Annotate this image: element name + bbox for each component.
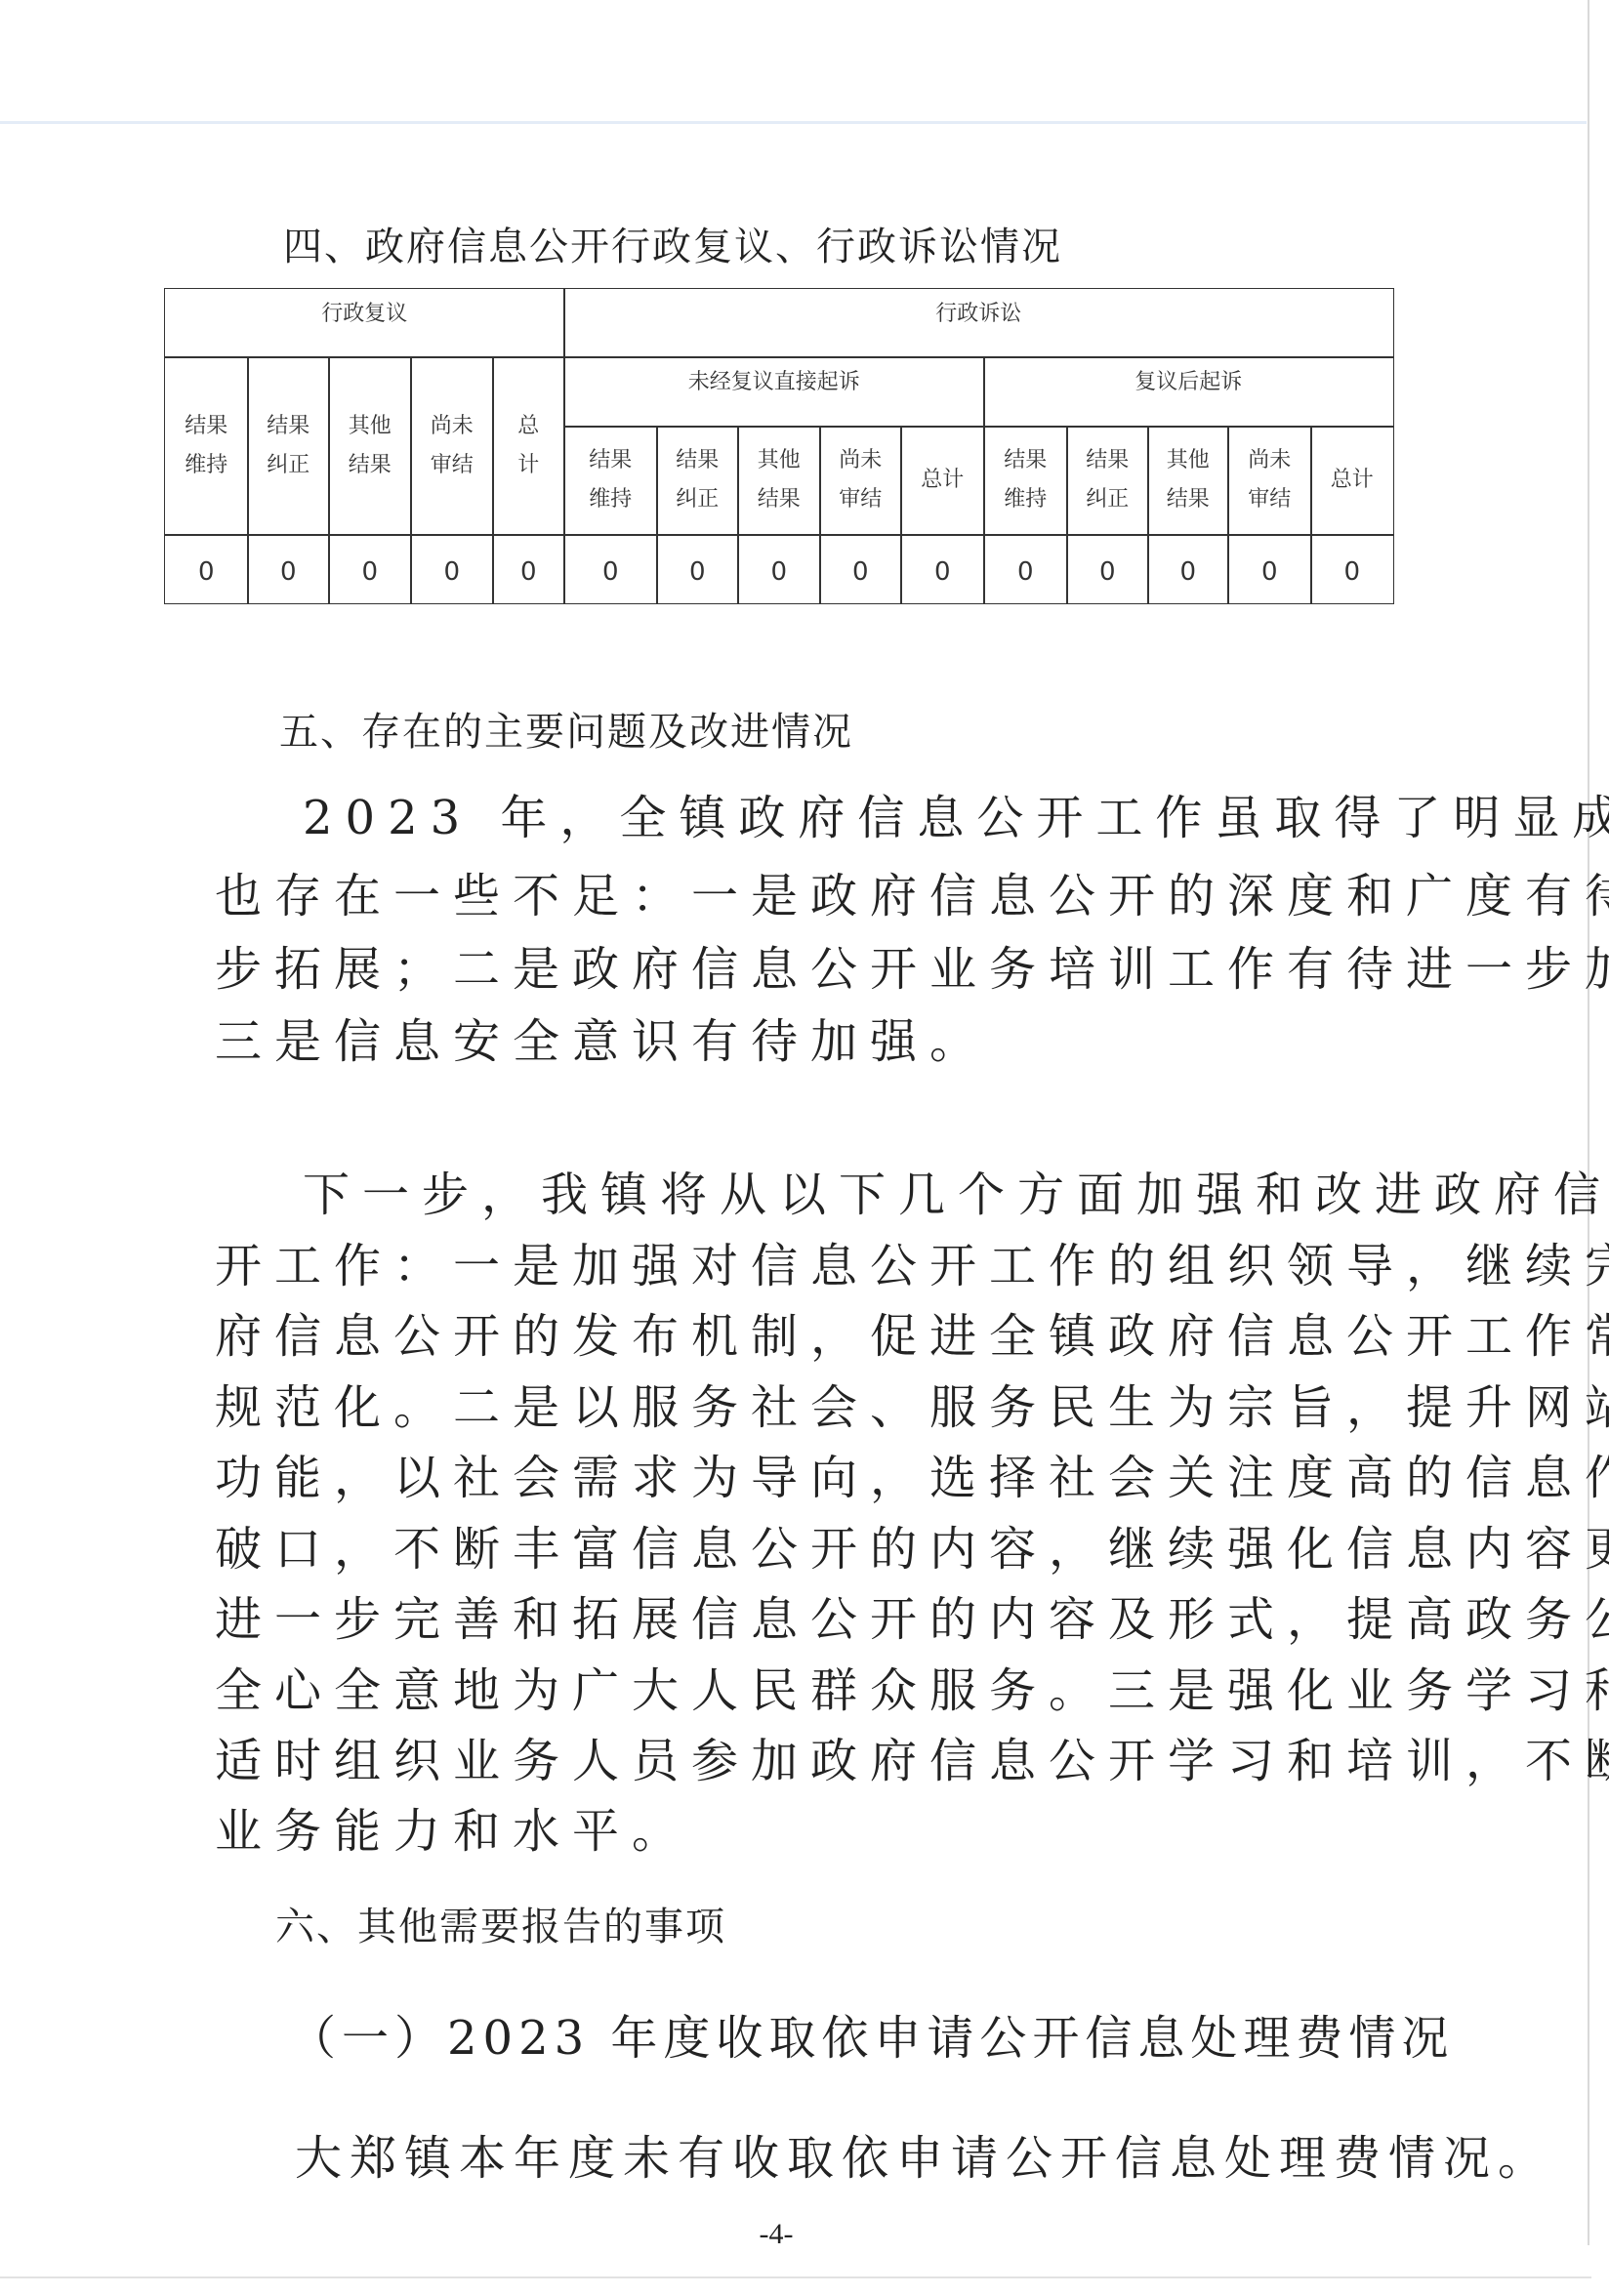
paragraph-line: 业务能力和水平。	[215, 1804, 691, 1859]
paragraph-line: 开工作：一是加强对信息公开工作的组织领导，继续完善政	[215, 1239, 1609, 1293]
review-col-header-label: 总 计	[517, 407, 539, 485]
header-administrative-review: 行政复议	[164, 288, 565, 358]
paragraph-line: 下一步，我镇将从以下几个方面加强和改进政府信息公	[303, 1168, 1609, 1222]
table-value-cell: 0	[983, 534, 1068, 604]
paragraph-line: 全心全意地为广大人民群众服务。三是强化业务学习和培训，	[215, 1663, 1609, 1718]
direct-col-header-label: 总计	[921, 461, 964, 500]
paragraph-line: 破口，不断丰富信息公开的内容，继续强化信息内容更新。	[215, 1522, 1609, 1577]
table-value-cell: 0	[1310, 534, 1394, 604]
after-review-col-header: 总计	[1310, 426, 1394, 536]
table-value-cell: 0	[164, 534, 249, 604]
table-value-cell-label: 0	[361, 553, 378, 592]
review-col-header-label: 结果 纠正	[267, 407, 309, 485]
direct-col-header-label: 尚未 审结	[839, 441, 882, 519]
table-value-cell: 0	[656, 534, 739, 604]
table-value-cell-label: 0	[443, 553, 460, 592]
table-value-cell-label: 0	[602, 553, 619, 592]
direct-col-header-label: 结果 纠正	[676, 441, 719, 519]
section-6-subheading-1-text: 大郑镇本年度未有收取依申请公开信息处理费情况。	[295, 2131, 1552, 2186]
paragraph-line: 进一步完善和拓展信息公开的内容及形式，提高政务公开度，	[215, 1592, 1609, 1647]
after-review-col-header: 结果 纠正	[1066, 426, 1149, 536]
after-review-col-header-label: 结果 纠正	[1086, 441, 1129, 519]
section-5-heading: 五、存在的主要问题及改进情况	[279, 711, 853, 754]
header-direct-litigation-label: 未经复议直接起诉	[688, 363, 860, 402]
table-value-cell-label: 0	[280, 553, 297, 592]
header-litigation-after-review: 复议后起诉	[983, 356, 1394, 428]
table-value-cell-label: 0	[934, 553, 951, 592]
table-value-cell: 0	[1227, 534, 1312, 604]
scan-bottom-line	[0, 2276, 1591, 2278]
table-value-cell: 0	[492, 534, 565, 604]
table-value-cell: 0	[328, 534, 412, 604]
table-value-cell-label: 0	[198, 553, 215, 592]
direct-col-header: 尚未 审结	[819, 426, 902, 536]
table-value-cell-label: 0	[770, 553, 787, 592]
review-col-header-label: 其他 结果	[349, 407, 392, 485]
review-col-header: 总 计	[492, 356, 565, 536]
scan-top-line	[0, 121, 1587, 124]
table-value-cell-label: 0	[689, 553, 706, 592]
table-value-cell-label: 0	[852, 553, 869, 592]
review-col-header: 结果 维持	[164, 356, 249, 536]
header-administrative-litigation: 行政诉讼	[563, 288, 1394, 358]
header-litigation-after-review-label: 复议后起诉	[1135, 363, 1242, 402]
review-col-header: 尚未 审结	[410, 356, 494, 536]
paragraph-line: 步拓展；二是政府信息公开业务培训工作有待进一步加强；	[215, 942, 1609, 997]
table-value-cell: 0	[1066, 534, 1149, 604]
review-col-header-label: 结果 维持	[185, 407, 227, 485]
direct-col-header: 总计	[900, 426, 985, 536]
review-col-header: 结果 纠正	[247, 356, 330, 536]
table-value-cell: 0	[410, 534, 494, 604]
after-review-col-header: 尚未 审结	[1227, 426, 1312, 536]
page-number: -4-	[754, 2218, 799, 2251]
review-col-header: 其他 结果	[328, 356, 412, 536]
after-review-col-header: 其他 结果	[1147, 426, 1229, 536]
table-value-cell-label: 0	[520, 553, 537, 592]
paragraph-line: 适时组织业务人员参加政府信息公开学习和培训，不断提高	[215, 1734, 1609, 1788]
header-direct-litigation: 未经复议直接起诉	[563, 356, 985, 428]
direct-col-header: 其他 结果	[737, 426, 821, 536]
paragraph-line: 三是信息安全意识有待加强。	[215, 1014, 989, 1069]
table-value-cell: 0	[1147, 534, 1229, 604]
direct-col-header: 结果 维持	[563, 426, 658, 536]
litigation-table: 行政复议行政诉讼结果 维持结果 纠正其他 结果尚未 审结总 计未经复议直接起诉复…	[164, 288, 1392, 602]
section-6-heading: 六、其他需要报告的事项	[275, 1906, 726, 1948]
paragraph-line: 规范化。二是以服务社会、服务民生为宗旨，提升网站服务	[215, 1380, 1609, 1435]
paragraph-line: 2023 年，全镇政府信息公开工作虽取得了明显成效，但	[303, 791, 1609, 845]
after-review-col-header-label: 其他 结果	[1167, 441, 1210, 519]
table-value-cell-label: 0	[1343, 553, 1360, 592]
header-administrative-litigation-label: 行政诉讼	[935, 295, 1021, 334]
after-review-col-header: 结果 维持	[983, 426, 1068, 536]
section-6-subheading-1: （一）2023 年度收取依申请公开信息处理费情况	[289, 2011, 1454, 2066]
table-value-cell-label: 0	[1099, 553, 1116, 592]
table-value-cell-label: 0	[1017, 553, 1034, 592]
table-value-cell: 0	[247, 534, 330, 604]
scan-right-edge	[1588, 0, 1589, 2245]
paragraph-line: 功能，以社会需求为导向，选择社会关注度高的信息作为突	[215, 1451, 1609, 1505]
after-review-col-header-label: 结果 维持	[1004, 441, 1047, 519]
direct-col-header: 结果 纠正	[656, 426, 739, 536]
paragraph-line: 也存在一些不足：一是政府信息公开的深度和广度有待进一	[215, 869, 1609, 923]
after-review-col-header-label: 尚未 审结	[1248, 441, 1291, 519]
header-administrative-review-label: 行政复议	[321, 295, 407, 334]
direct-col-header-label: 其他 结果	[758, 441, 801, 519]
after-review-col-header-label: 总计	[1331, 461, 1374, 500]
table-value-cell-label: 0	[1261, 553, 1278, 592]
table-value-cell: 0	[819, 534, 902, 604]
review-col-header-label: 尚未 审结	[431, 407, 474, 485]
table-value-cell: 0	[737, 534, 821, 604]
table-value-cell: 0	[900, 534, 985, 604]
table-value-cell-label: 0	[1179, 553, 1196, 592]
direct-col-header-label: 结果 维持	[589, 441, 632, 519]
section-4-heading: 四、政府信息公开行政复议、行政诉讼情况	[283, 225, 1062, 268]
paragraph-line: 府信息公开的发布机制，促进全镇政府信息公开工作常态化、	[215, 1309, 1609, 1364]
table-value-cell: 0	[563, 534, 658, 604]
